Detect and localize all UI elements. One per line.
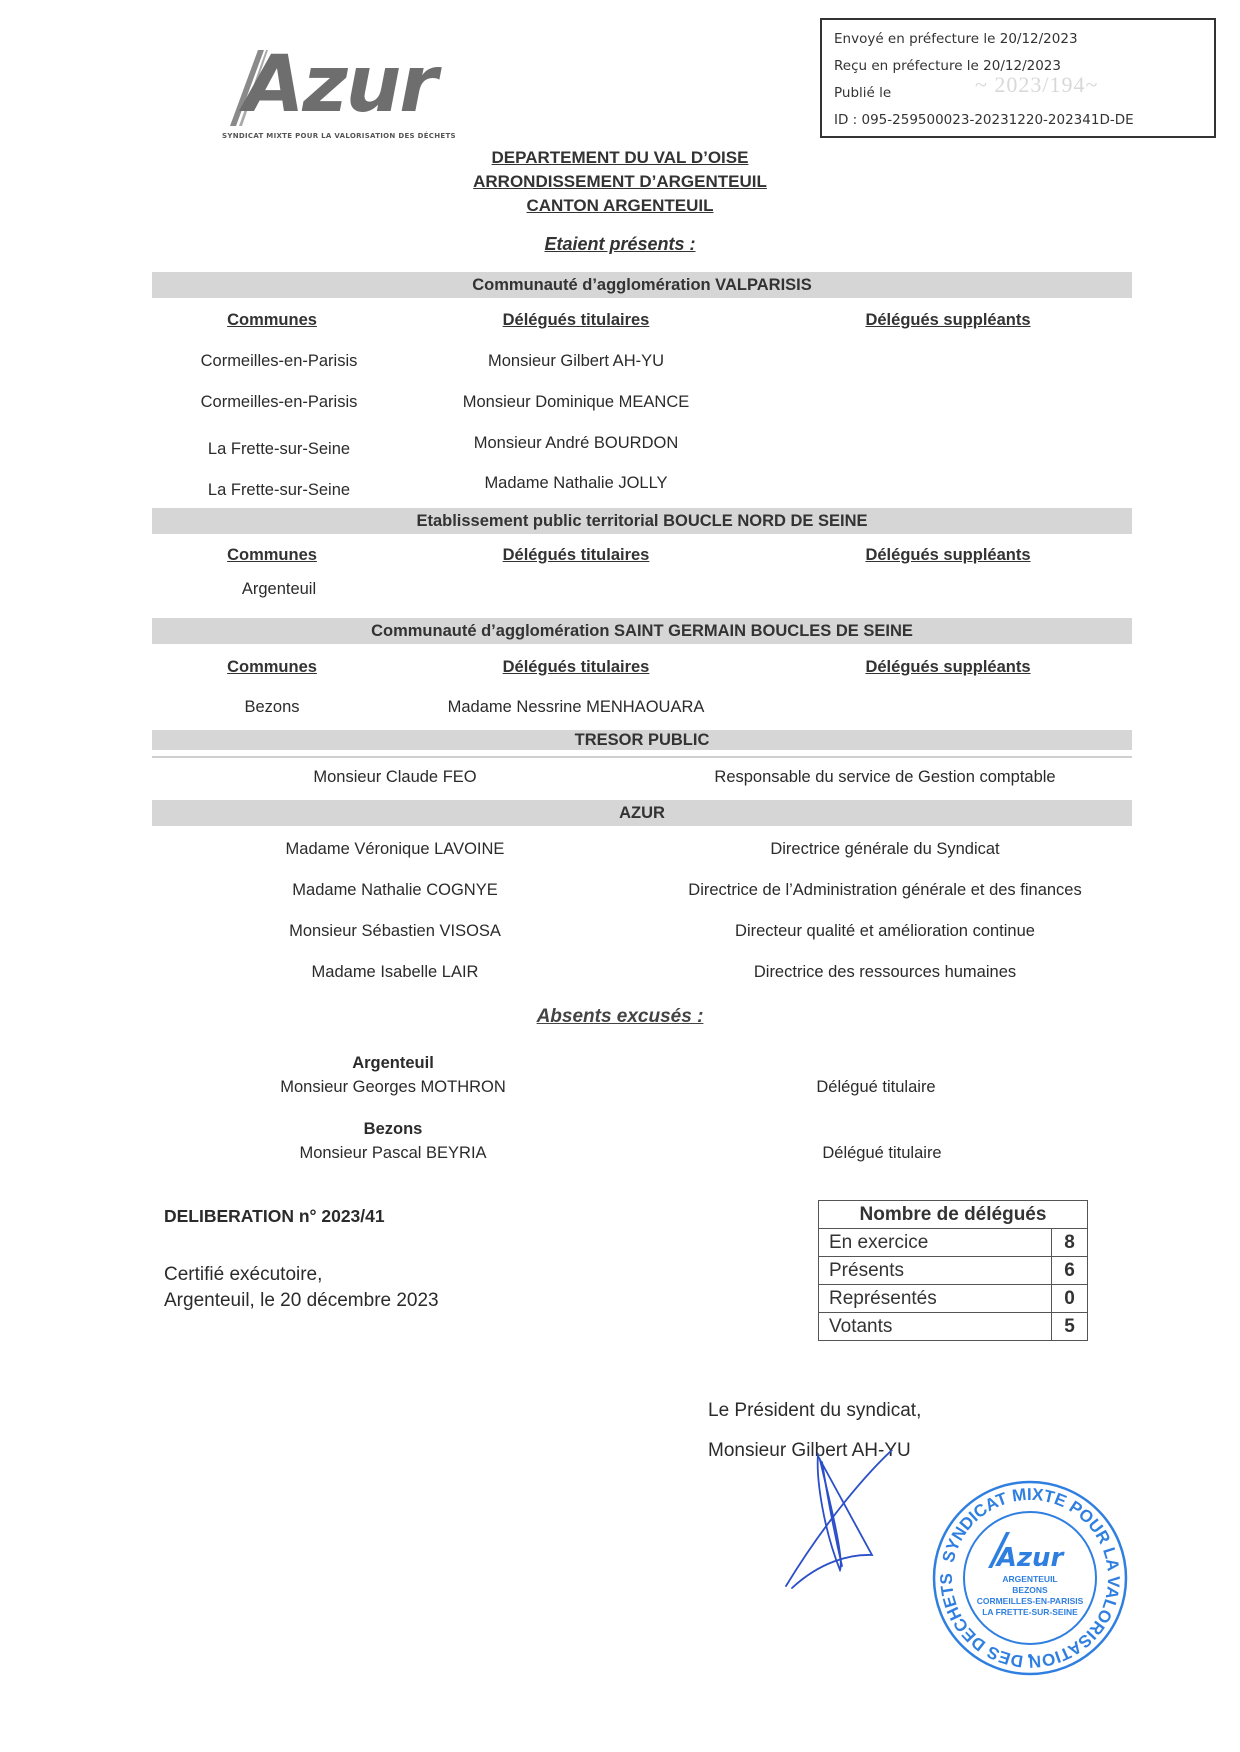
azur-name-1: Madame Véronique LAVOINE [286,840,505,859]
saint-germain-titulaire-1: Madame Nessrine MENHAOUARA [448,698,705,717]
valparisis-commune-1: Cormeilles-en-Parisis [201,352,358,371]
present-title: Etaient présents : [0,234,1240,255]
seal-commune-3: CORMEILLES-EN-PARISIS [977,1596,1084,1606]
col-titulaires: Délégués titulaires [503,546,650,565]
count-value: 8 [1052,1229,1088,1257]
valparisis-commune-3: La Frette-sur-Seine [208,440,350,459]
boucle-nord-commune-1: Argenteuil [242,580,316,599]
section-bar-tresor: TRESOR PUBLIC [152,730,1132,750]
seal-logo: Azur [995,1543,1066,1573]
azur-role-3: Directeur qualité et amélioration contin… [735,922,1035,941]
col-suppleants: Délégués suppléants [865,658,1030,677]
valparisis-commune-2: Cormeilles-en-Parisis [201,393,358,412]
count-label: En exercice [819,1229,1052,1257]
count-label: Présents [819,1257,1052,1285]
col-suppleants: Délégués suppléants [865,311,1030,330]
azur-role-2: Directrice de l’Administration générale … [688,881,1081,900]
table-row: Présents6 [819,1257,1088,1285]
section-bar-boucle-nord: Etablissement public territorial BOUCLE … [152,508,1132,534]
count-value: 5 [1052,1313,1088,1341]
absent-commune-2: Bezons [364,1120,423,1139]
divider [152,756,1132,758]
azur-role-4: Directrice des ressources humaines [754,963,1016,982]
azur-name-2: Madame Nathalie COGNYE [292,881,497,900]
logo-tagline: SYNDICAT MIXTE POUR LA VALORISATION DES … [222,132,456,140]
stamp-sent: Envoyé en préfecture le 20/12/2023 [834,28,1204,55]
col-communes: Communes [227,311,317,330]
place-date: Argenteuil, le 20 décembre 2023 [164,1290,439,1312]
president-title: Le Président du syndicat, [708,1400,921,1422]
azur-name-4: Madame Isabelle LAIR [312,963,479,982]
count-value: 0 [1052,1285,1088,1313]
handwritten-signature-icon [780,1450,940,1590]
table-row: Votants5 [819,1313,1088,1341]
col-communes: Communes [227,658,317,677]
stamp-id: ID : 095-259500023-20231220-202341D-DE [834,109,1204,136]
valparisis-titulaire-2: Monsieur Dominique MEANCE [463,393,690,412]
count-label: Votants [819,1313,1052,1341]
deliberation-number: DELIBERATION n° 2023/41 [164,1206,385,1227]
azur-role-1: Directrice générale du Syndicat [770,840,999,859]
table-row: Représentés0 [819,1285,1088,1313]
delegates-count-table: Nombre de délégués En exercice8 Présents… [818,1200,1088,1341]
col-suppleants: Délégués suppléants [865,546,1030,565]
count-label: Représentés [819,1285,1052,1313]
azur-logo: Azur SYNDICAT MIXTE POUR LA VALORISATION… [220,46,460,146]
heading-arrondissement: ARRONDISSEMENT D’ARGENTEUIL [0,172,1240,192]
section-bar-azur: AZUR [152,800,1132,826]
official-seal-icon: SYNDICAT MIXTE POUR LA VALORISATION DES … [930,1478,1130,1678]
absents-title: Absents excusés : [0,1006,1240,1028]
seal-commune-2: BEZONS [1012,1585,1048,1595]
absent-role-2: Délégué titulaire [822,1144,941,1163]
azur-name-3: Monsieur Sébastien VISOSA [289,922,501,941]
tresor-name-1: Monsieur Claude FEO [313,768,476,787]
valparisis-titulaire-4: Madame Nathalie JOLLY [484,474,667,493]
heading-departement: DEPARTEMENT DU VAL D’OISE [0,148,1240,168]
table-row: En exercice8 [819,1229,1088,1257]
absent-name-1: Monsieur Georges MOTHRON [280,1078,506,1097]
count-table-title: Nombre de délégués [819,1201,1088,1229]
section-bar-valparisis: Communauté d’agglomération VALPARISIS [152,272,1132,298]
col-titulaires: Délégués titulaires [503,311,650,330]
valparisis-commune-4: La Frette-sur-Seine [208,481,350,500]
absent-name-2: Monsieur Pascal BEYRIA [299,1144,486,1163]
stamp-overlay-number: ~ 2023/194~ [975,72,1098,98]
heading-canton: CANTON ARGENTEUIL [0,196,1240,216]
seal-commune-1: ARGENTEUIL [1002,1574,1057,1584]
absent-commune-1: Argenteuil [352,1054,434,1073]
logo-wordmark: Azur [244,46,436,124]
certified-text: Certifié exécutoire, [164,1264,322,1286]
absent-role-1: Délégué titulaire [816,1078,935,1097]
col-communes: Communes [227,546,317,565]
valparisis-titulaire-1: Monsieur Gilbert AH-YU [488,352,664,371]
count-value: 6 [1052,1257,1088,1285]
section-bar-saint-germain: Communauté d’agglomération SAINT GERMAIN… [152,618,1132,644]
valparisis-titulaire-3: Monsieur André BOURDON [474,434,679,453]
tresor-role-1: Responsable du service de Gestion compta… [714,768,1055,787]
col-titulaires: Délégués titulaires [503,658,650,677]
saint-germain-commune-1: Bezons [244,698,299,717]
seal-commune-4: LA FRETTE-SUR-SEINE [982,1607,1078,1617]
